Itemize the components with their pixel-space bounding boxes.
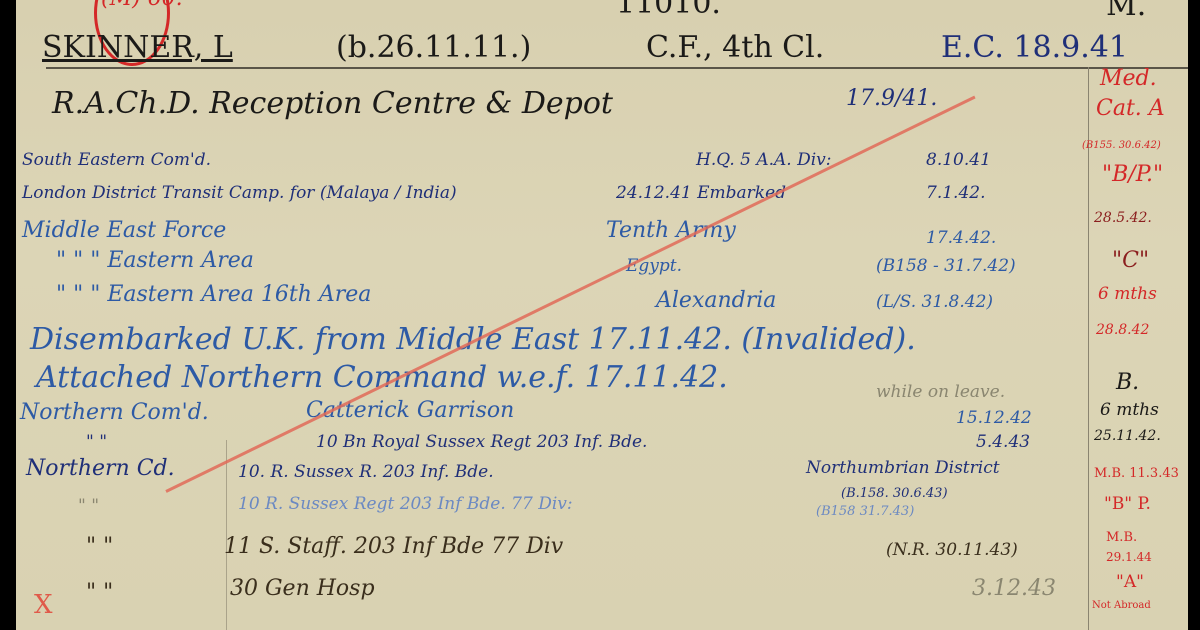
circled-mark: (M) 60.	[101, 0, 183, 11]
header-divider	[46, 67, 1188, 69]
ditto-mark: " "	[86, 580, 113, 605]
entry-text: Attached Northern Command w.e.f. 17.11.4…	[36, 360, 728, 395]
medical-column-divider	[1088, 67, 1089, 630]
entry-detail: 10 Bn Royal Sussex Regt 203 Inf. Bde.	[316, 432, 647, 452]
med-entry: "B/P."	[1102, 162, 1163, 187]
med-entry: (B155. 30.6.42)	[1082, 140, 1161, 151]
ditto-mark: " "	[78, 496, 99, 516]
entry-date: 8.10.41	[926, 150, 991, 170]
entry-note: Northumbrian District	[806, 458, 1000, 478]
entry-date: 15.12.42	[956, 408, 1032, 428]
med-category: Cat. A	[1096, 96, 1165, 121]
entry-date: 7.1.42.	[926, 183, 985, 203]
med-entry: 6 mths	[1098, 284, 1157, 304]
margin-x-mark: X	[34, 590, 53, 620]
entry-date: 3.12.43	[972, 576, 1056, 601]
entry-date: (B158 - 31.7.42)	[876, 256, 1016, 276]
entry-detail: H.Q. 5 A.A. Div:	[696, 150, 832, 170]
med-entry: 29.1.44	[1106, 550, 1152, 564]
entry-text: Northern Com'd.	[20, 400, 209, 425]
med-label: Med.	[1100, 66, 1157, 91]
entry-text: " " " Eastern Area 16th Area	[56, 282, 371, 307]
entry-date: (N.R. 30.11.43)	[886, 540, 1018, 560]
med-entry: "A"	[1116, 572, 1144, 592]
med-entry: B.	[1116, 370, 1139, 395]
entry-detail: 10. R. Sussex R. 203 Inf. Bde.	[238, 462, 494, 482]
entry-text: " " " Eastern Area	[56, 248, 254, 273]
med-entry: M.B. 11.3.43	[1094, 466, 1179, 481]
med-entry: "B" P.	[1104, 494, 1151, 514]
entry-note: while on leave.	[876, 382, 1005, 402]
med-entry: "C"	[1112, 248, 1149, 273]
enlistment-date: E.C. 18.9.41	[941, 30, 1128, 65]
entry-date: (L/S. 31.8.42)	[876, 292, 993, 312]
unit-line-date: 17.9/41.	[846, 86, 937, 111]
top-right-fragment: M.	[1106, 0, 1146, 23]
entry-text: Northern Cd.	[26, 456, 175, 481]
entry-date: (B158 31.7.43)	[816, 504, 914, 519]
med-entry: 6 mths	[1100, 400, 1159, 420]
med-entry: 28.8.42	[1096, 322, 1149, 338]
entry-date: (B.158. 30.6.43)	[841, 486, 948, 501]
entry-date: 17.4.42.	[926, 228, 996, 248]
rank: C.F., 4th Cl.	[646, 30, 824, 65]
med-entry: Not Abroad	[1092, 600, 1151, 611]
entry-detail: 30 Gen Hosp	[230, 576, 375, 601]
med-entry: 28.5.42.	[1094, 210, 1152, 226]
unit-line: R.A.Ch.D. Reception Centre & Depot	[52, 86, 613, 121]
entry-detail: 10 R. Sussex Regt 203 Inf Bde. 77 Div:	[238, 494, 573, 514]
entry-text: " "	[86, 432, 107, 452]
entry-text: South Eastern Com'd.	[22, 150, 211, 170]
service-record-card: (M) 60. 11010. M. SKINNER, L (b.26.11.11…	[16, 0, 1188, 630]
entry-text: London District Transit Camp. for (Malay…	[22, 183, 457, 203]
med-entry: M.B.	[1106, 530, 1137, 545]
top-center-fragment: 11010.	[616, 0, 721, 21]
entry-detail: Egypt.	[626, 256, 682, 276]
med-entry: 25.11.42.	[1094, 428, 1161, 444]
entry-text: Middle East Force	[22, 218, 226, 243]
entry-date: 5.4.43	[976, 432, 1030, 452]
birth-date: (b.26.11.11.)	[336, 30, 531, 65]
entry-detail: 11 S. Staff. 203 Inf Bde 77 Div	[224, 534, 563, 559]
soldier-name: SKINNER, L	[42, 30, 233, 65]
ditto-mark: " "	[86, 534, 113, 559]
entry-detail: Alexandria	[656, 288, 776, 313]
entry-detail: Catterick Garrison	[306, 398, 514, 423]
